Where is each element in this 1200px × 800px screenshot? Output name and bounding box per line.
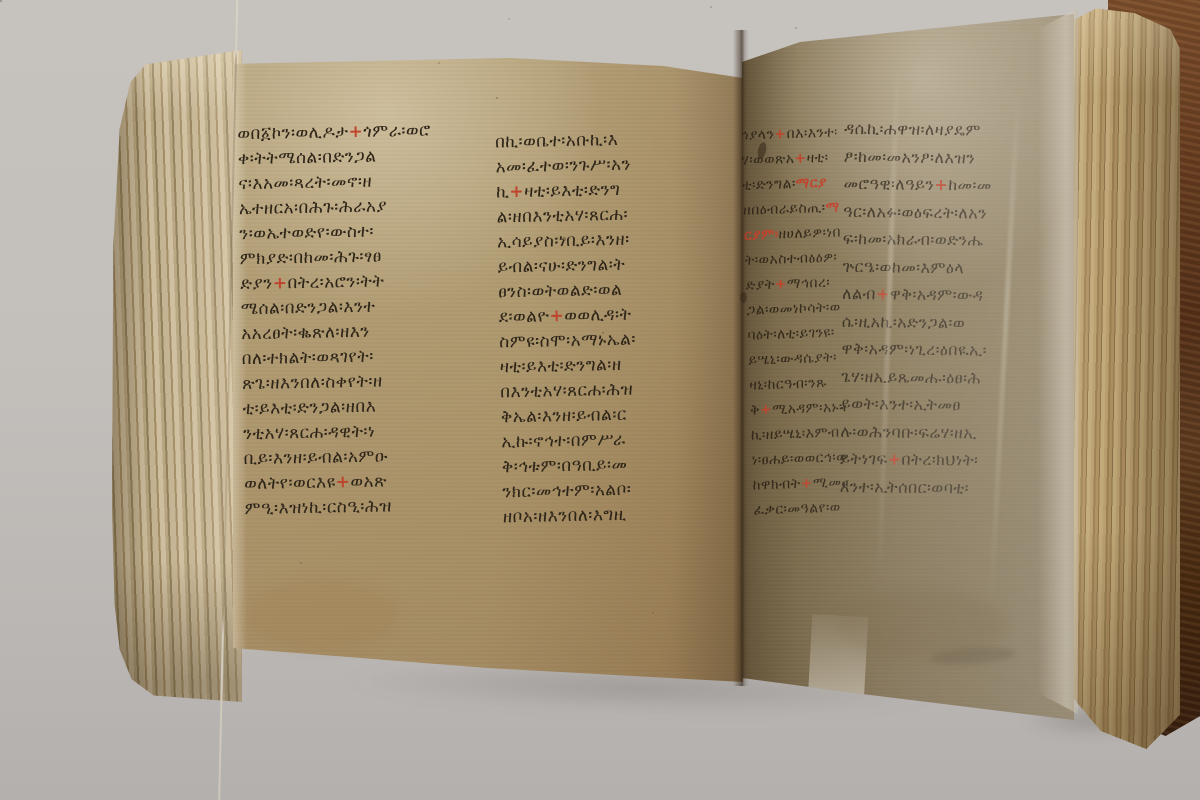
- ink-text: አመ፡ፈተወ፡ንጉሥ፡አን: [495, 155, 631, 178]
- ink-text: ንክር፡መኅተም፡አልቦ፡: [502, 480, 631, 503]
- rubrication-mark: +: [509, 182, 524, 202]
- ink-text: ኪ: [496, 182, 510, 202]
- parchment-stain: [246, 580, 396, 650]
- ink-text: ንቲአሃ፡ጸርሐ፡ዳዊት፡ነ: [243, 422, 375, 445]
- ink-text: በኪ፡ወቤተ፡አቡኪ፡እ: [495, 130, 619, 153]
- ink-text: ደ፡ወልዮ: [499, 306, 550, 327]
- ink-text: ቢይ፡እንዘ፡ይብል፡አምዑ: [243, 446, 388, 469]
- ink-text: ምክያድ፡በከመ፡ሕጉ፡ፃፀ: [240, 246, 382, 269]
- rubrication-mark: +: [273, 273, 288, 293]
- left-page-column-1: ወበ፩ኮን፡ወሊዶታ+ጎምራ፡ወሮቀ፡ትትሜሰል፡በድንጋልና፡እአመ፡ጻረት፡…: [237, 118, 473, 522]
- right-page-edges: [1060, 4, 1180, 752]
- ink-text: ቅኤል፡እንዘ፡ይብል፡ር: [501, 405, 627, 428]
- page-edge-band: [1038, 8, 1078, 714]
- dust-specks: [0, 0, 2, 2]
- rubrication-mark: +: [348, 122, 363, 142]
- ink-text: ምዒ፡እዝነኪ፡ርስዒ፡ሕዝ: [244, 496, 392, 519]
- ink-text: ሜሰል፡በድንጋል፡እንተ: [241, 297, 376, 320]
- parchment-stain: [836, 590, 1006, 660]
- ink-text: ወለትየ፡ወርእዩ: [244, 472, 336, 494]
- rubrication-mark: +: [335, 472, 350, 492]
- ink-text: ስምዩ፡ስሞ፡አማኑኤል፡: [499, 330, 636, 353]
- ink-text: ድያን: [240, 274, 273, 295]
- gutter-shadow: [733, 30, 749, 686]
- ink-text: ኢኩ፡ኖኅተ፡በምሥራ: [501, 430, 626, 453]
- ink-text: ወአጽ: [350, 471, 387, 492]
- ink-text: ቲ፡ይእቲ፡ድንጋል፡ዘበእ: [242, 397, 376, 420]
- text-line: ዘቦአ፡ዘእንበለ፡እግዚ: [503, 501, 735, 531]
- photograph: Photograph of an open parchment codex ma…: [0, 0, 1200, 800]
- ink-text: ቀ፡ትትሜሰል፡በድንጋል: [238, 147, 377, 170]
- ink-text: ኢሳይያስ፡ነቢይ፡እንዘ፡: [497, 230, 630, 253]
- ink-text: ዛቲ፡ይእቲ፡ድንግል፡ዘ: [500, 355, 622, 378]
- ink-text: ን፡ወኤተወድየ፡ውስተ፡: [239, 222, 374, 245]
- ink-text: ል፡ዘበእንቲአሃ፡ጸርሐ፡: [496, 205, 628, 228]
- ink-text: ወወሊዳ፡ት: [564, 305, 632, 326]
- ink-text: ኤተዘርአ፡በሕጉ፡ሕራአያ: [239, 196, 388, 219]
- ink-text: ወበ፩ኮን፡ወሊዶታ: [237, 122, 349, 144]
- ink-text: ይብል፡ናሁ፡ድንግል፡ት: [497, 255, 625, 278]
- rubrication-mark: +: [549, 306, 564, 326]
- left-page-column-2: በኪ፡ወቤተ፡አቡኪ፡እአመ፡ፈተወ፡ንጉሥ፡አንኪ+ዛቲ፡ይእቲ፡ድንግል፡ዘ…: [495, 126, 735, 531]
- text-line: ምዒ፡እዝነኪ፡ርስዒ፡ሕዝ: [244, 493, 472, 522]
- ink-text: ጽጌ፡ዘእንበለ፡ስቀየት፡ዘ: [242, 371, 383, 394]
- ink-blot: [740, 292, 747, 303]
- ink-text: ቅ፡ኅቱም፡በዓቢይ፡መ: [502, 455, 628, 478]
- ink-text: ዛቲ፡ይእቲ፡ድንግ: [524, 180, 621, 202]
- ink-text: በትረ፡አሮን፡ትት: [287, 271, 384, 293]
- ink-text: ና፡እአመ፡ጻረት፡መኖ፡ዘ: [238, 172, 372, 195]
- ink-text: አአረፀት፡ቈጽለ፡ዘእን: [241, 322, 370, 344]
- ink-text: በለ፡ተክልት፡ወጻገየት፡: [242, 347, 374, 370]
- ink-text: ጎምራ፡ወሮ: [363, 121, 431, 142]
- ink-text: በእንቲአሃ፡ጸርሐ፡ሕዝ: [500, 380, 633, 403]
- ink-text: ዘቦአ፡ዘእንበለ፡እግዚ: [503, 505, 627, 528]
- ink-text: ፀንስ፡ወትወልድ፡ወል: [498, 280, 623, 303]
